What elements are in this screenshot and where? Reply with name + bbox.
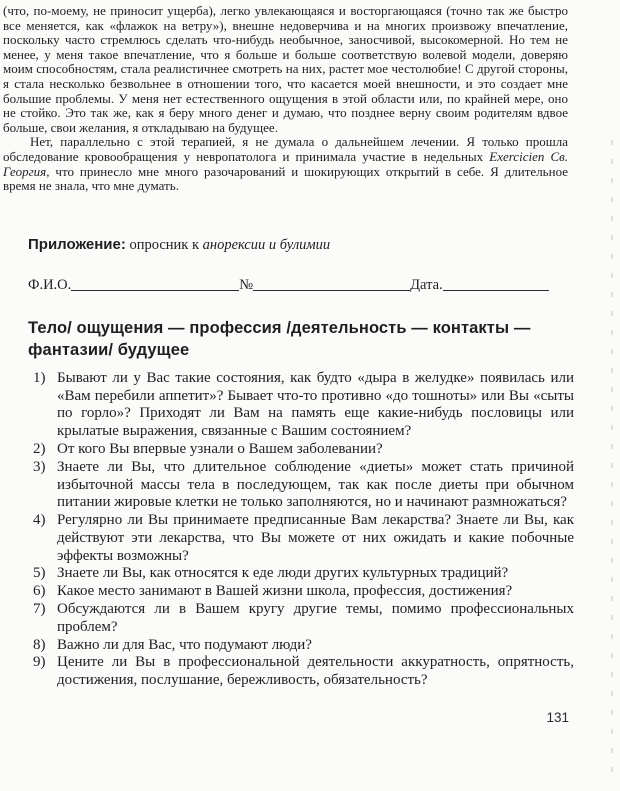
appendix-label: Приложение:	[28, 236, 126, 253]
number-label: №	[239, 277, 253, 293]
p2-text-start: Нет, параллельно с этой терапией, я не д…	[3, 134, 568, 164]
page-number: 131	[0, 710, 569, 725]
appendix-heading: Приложение: опросник к анорексии и булим…	[28, 236, 570, 254]
form-line: Ф.И.О.№Дата.	[28, 276, 570, 294]
question-text: Обсуждаются ли в Вашем кругу другие темы…	[57, 601, 574, 637]
question-list: 1) Бывают ли у Вас такие состояния, как …	[33, 370, 574, 690]
question-item: 3) Знаете ли Вы, что длительное соблюден…	[33, 459, 574, 512]
paragraph-continuation: (что, по-моему, не приносит ущерба), лег…	[3, 4, 568, 135]
question-text: Знаете ли Вы, что длительное соблюдение …	[57, 459, 574, 512]
question-item: 7) Обсуждаются ли в Вашем кругу другие т…	[33, 601, 574, 637]
question-item: 2) От кого Вы впервые узнали о Вашем заб…	[33, 441, 574, 459]
book-page: (что, по-моему, не приносит ущерба), лег…	[0, 0, 620, 791]
question-item: 5) Знаете ли Вы, как относятся к еде люд…	[33, 565, 574, 583]
question-number: 2)	[33, 441, 57, 459]
question-text: Какое место занимают в Вашей жизни школа…	[57, 583, 574, 601]
question-text: От кого Вы впервые узнали о Вашем заболе…	[57, 441, 574, 459]
question-number: 9)	[33, 654, 57, 690]
question-number: 4)	[33, 512, 57, 565]
question-text: Знаете ли Вы, как относятся к еде люди д…	[57, 565, 574, 583]
question-text: Цените ли Вы в профессиональной деятельн…	[57, 654, 574, 690]
fio-label: Ф.И.О.	[28, 277, 71, 293]
question-number: 6)	[33, 583, 57, 601]
question-text: Важно ли для Вас, что подумают люди?	[57, 637, 574, 655]
number-blank-line	[253, 290, 410, 291]
question-item: 1) Бывают ли у Вас такие состояния, как …	[33, 370, 574, 441]
question-number: 5)	[33, 565, 57, 583]
appendix-subtitle-italic: анорексии и булимии	[203, 237, 331, 253]
question-number: 1)	[33, 370, 57, 441]
question-number: 3)	[33, 459, 57, 512]
question-item: 4) Регулярно ли Вы принимаете предписанн…	[33, 512, 574, 565]
section-heading: Тело/ ощущения — профессия /деятельность…	[28, 317, 582, 361]
scan-artifact-edge	[611, 140, 613, 779]
paragraph-therapy: Нет, параллельно с этой терапией, я не д…	[3, 135, 568, 193]
fio-blank-line	[71, 290, 239, 291]
p2-text-end: что принесло мне много разочарований и ш…	[3, 164, 568, 194]
question-item: 8) Важно ли для Вас, что подумают люди?	[33, 637, 574, 655]
question-text: Бывают ли у Вас такие состояния, как буд…	[57, 370, 574, 441]
question-number: 8)	[33, 637, 57, 655]
date-label: Дата.	[410, 277, 443, 293]
question-item: 6) Какое место занимают в Вашей жизни шк…	[33, 583, 574, 601]
question-number: 7)	[33, 601, 57, 637]
question-item: 9) Цените ли Вы в профессиональной деяте…	[33, 654, 574, 690]
question-text: Регулярно ли Вы принимаете предписанные …	[57, 512, 574, 565]
date-blank-line	[443, 290, 549, 291]
appendix-subtitle: опросник к	[126, 237, 203, 253]
